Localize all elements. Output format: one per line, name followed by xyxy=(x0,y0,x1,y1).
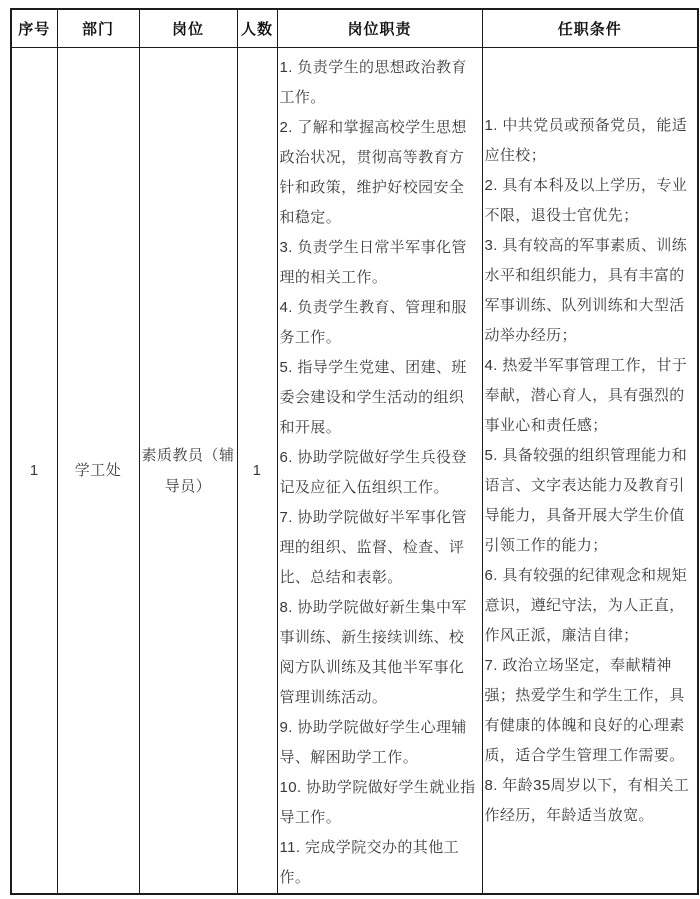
text-line: 10. 协助学院做好学生就业指 xyxy=(280,773,480,803)
cell-department: 学工处 xyxy=(57,48,139,895)
text-line: 引领工作的能力； xyxy=(485,531,696,561)
text-line: 委会建设和学生活动的组织 xyxy=(280,383,480,413)
text-line: 意识，遵纪守法，为人正直， xyxy=(485,591,696,621)
text-line: 奉献，潜心育人，具有强烈的 xyxy=(485,381,696,411)
text-line: 导能力，具备开展大学生价值 xyxy=(485,501,696,531)
cell-position: 素质教员（辅导员） xyxy=(139,48,237,895)
text-line: 导工作。 xyxy=(280,803,480,833)
text-line: 水平和组织能力，具有丰富的 xyxy=(485,261,696,291)
text-line: 有健康的体魄和良好的心理素 xyxy=(485,711,696,741)
text-line: 应住校； xyxy=(485,141,696,171)
text-line: 阅方队训练及其他半军事化 xyxy=(280,653,480,683)
document-page: 序号 部门 岗位 人数 岗位职责 任职条件 1 学工处 素质教员（辅导员） 1 … xyxy=(0,0,700,899)
text-line: 3. 具有较高的军事素质、训练 xyxy=(485,231,696,261)
header-cell-position: 岗位 xyxy=(139,9,237,48)
cell-responsibilities: 1. 负责学生的思想政治教育工作。2. 了解和掌握高校学生思想政治状况，贯彻高等… xyxy=(277,48,482,895)
text-line: 4. 负责学生教育、管理和服 xyxy=(280,293,480,323)
text-line: 动举办经历； xyxy=(485,321,696,351)
conditions-text: 1. 中共党员或预备党员，能适应住校；2. 具有本科及以上学历，专业不限，退役士… xyxy=(483,111,698,831)
text-line: 2. 具有本科及以上学历，专业 xyxy=(485,171,696,201)
job-posting-table: 序号 部门 岗位 人数 岗位职责 任职条件 1 学工处 素质教员（辅导员） 1 … xyxy=(10,8,699,895)
text-line: 8. 年龄35周岁以下，有相关工 xyxy=(485,771,696,801)
text-line: 工作。 xyxy=(280,83,480,113)
text-line: 强；热爱学生和学生工作，具 xyxy=(485,681,696,711)
text-line: 理的组织、监督、检查、评 xyxy=(280,533,480,563)
text-line: 2. 了解和掌握高校学生思想 xyxy=(280,113,480,143)
text-line: 和稳定。 xyxy=(280,203,480,233)
text-line: 作。 xyxy=(280,863,480,893)
text-line: 务工作。 xyxy=(280,323,480,353)
text-line: 质，适合学生管理工作需要。 xyxy=(485,741,696,771)
table-header-row: 序号 部门 岗位 人数 岗位职责 任职条件 xyxy=(11,9,698,48)
text-line: 1. 负责学生的思想政治教育 xyxy=(280,53,480,83)
text-line: 军事训练、队列训练和大型活 xyxy=(485,291,696,321)
text-line: 导、解困助学工作。 xyxy=(280,743,480,773)
text-line: 6. 具有较强的纪律观念和规矩 xyxy=(485,561,696,591)
text-line: 4. 热爱半军事管理工作，甘于 xyxy=(485,351,696,381)
text-line: 作经历，年龄适当放宽。 xyxy=(485,801,696,831)
header-cell-department: 部门 xyxy=(57,9,139,48)
cell-headcount: 1 xyxy=(237,48,277,895)
text-line: 语言、文字表达能力及教育引 xyxy=(485,471,696,501)
header-cell-conditions: 任职条件 xyxy=(482,9,698,48)
text-line: 不限，退役士官优先； xyxy=(485,201,696,231)
cell-seq: 1 xyxy=(11,48,57,895)
cell-conditions: 1. 中共党员或预备党员，能适应住校；2. 具有本科及以上学历，专业不限，退役士… xyxy=(482,48,698,895)
text-line: 1. 中共党员或预备党员，能适 xyxy=(485,111,696,141)
text-line: 3. 负责学生日常半军事化管 xyxy=(280,233,480,263)
text-line: 针和政策，维护好校园安全 xyxy=(280,173,480,203)
text-line: 比、总结和表彰。 xyxy=(280,563,480,593)
text-line: 政治状况，贯彻高等教育方 xyxy=(280,143,480,173)
text-line: 8. 协助学院做好新生集中军 xyxy=(280,593,480,623)
text-line: 事业心和责任感； xyxy=(485,411,696,441)
text-line: 5. 具备较强的组织管理能力和 xyxy=(485,441,696,471)
text-line: 6. 协助学院做好学生兵役登 xyxy=(280,443,480,473)
text-line: 11. 完成学院交办的其他工 xyxy=(280,833,480,863)
text-line: 作风正派，廉洁自律； xyxy=(485,621,696,651)
text-line: 管理训练活动。 xyxy=(280,683,480,713)
text-line: 记及应征入伍组织工作。 xyxy=(280,473,480,503)
header-cell-responsibilities: 岗位职责 xyxy=(277,9,482,48)
table-row: 1 学工处 素质教员（辅导员） 1 1. 负责学生的思想政治教育工作。2. 了解… xyxy=(11,48,698,895)
text-line: 事训练、新生接续训练、校 xyxy=(280,623,480,653)
text-line: 9. 协助学院做好学生心理辅 xyxy=(280,713,480,743)
header-cell-headcount: 人数 xyxy=(237,9,277,48)
text-line: 和开展。 xyxy=(280,413,480,443)
text-line: 7. 协助学院做好半军事化管 xyxy=(280,503,480,533)
text-line: 理的相关工作。 xyxy=(280,263,480,293)
header-cell-seq: 序号 xyxy=(11,9,57,48)
text-line: 5. 指导学生党建、团建、班 xyxy=(280,353,480,383)
text-line: 7. 政治立场坚定，奉献精神 xyxy=(485,651,696,681)
responsibilities-text: 1. 负责学生的思想政治教育工作。2. 了解和掌握高校学生思想政治状况，贯彻高等… xyxy=(278,48,482,893)
